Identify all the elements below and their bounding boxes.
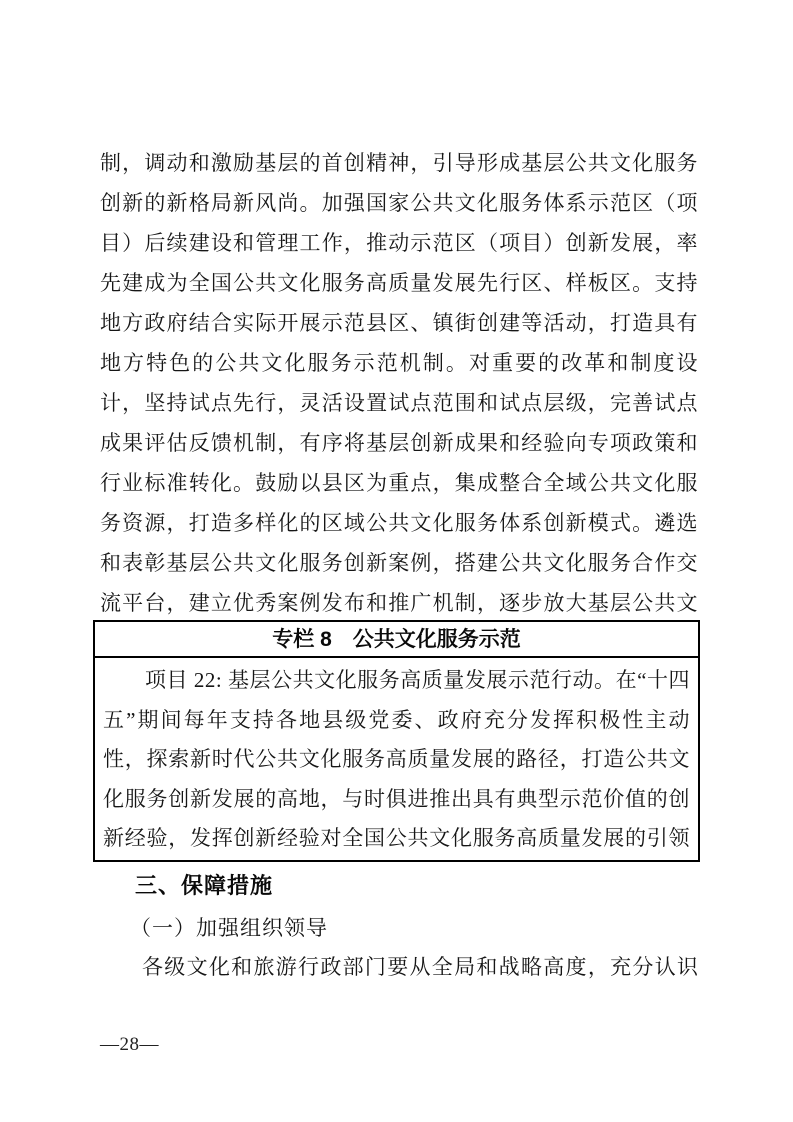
document-page: 制，调动和激励基层的首创精神，引导形成基层公共文化服务创新的新格局新风尚。加强国…	[0, 0, 793, 1122]
callout-box: 专栏 8 公共文化服务示范 项目 22: 基层公共文化服务高质量发展示范行动。在…	[93, 620, 700, 862]
callout-box-content: 项目 22: 基层公共文化服务高质量发展示范行动。在“十四五”期间每年支持各地县…	[95, 658, 698, 862]
paragraph-first-line: 各级文化和旅游行政部门要从全局和战略高度，充分认识	[100, 947, 698, 987]
page-number: —28—	[100, 1033, 159, 1057]
section-heading: 三、保障措施	[135, 867, 273, 905]
subsection-heading: （一）加强组织领导	[130, 908, 328, 948]
body-paragraph-continuation: 制，调动和激励基层的首创精神，引导形成基层公共文化服务创新的新格局新风尚。加强国…	[100, 143, 698, 663]
callout-box-title: 专栏 8 公共文化服务示范	[95, 622, 698, 658]
